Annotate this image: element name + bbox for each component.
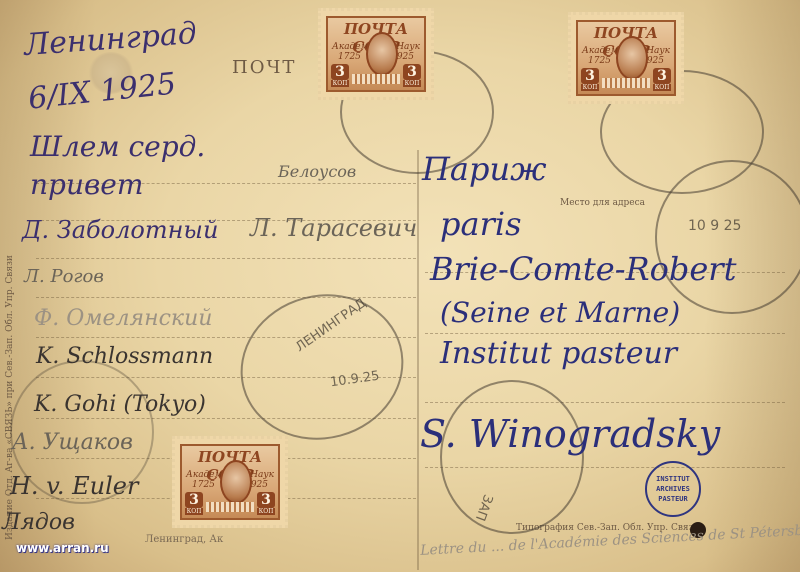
signature-lyadov: Лядов: [2, 510, 75, 535]
watermark: www.arran.ru: [16, 541, 109, 555]
address-label: Место для адреса: [560, 198, 645, 208]
message-place: Ленинград: [23, 16, 198, 63]
address-line-4: (Seine et Marne): [440, 296, 680, 329]
stamp-unit: КОП: [257, 508, 275, 515]
stamp-value: 3: [185, 492, 203, 508]
portrait-icon: [220, 460, 252, 504]
building-icon: [352, 74, 400, 84]
postmark-bottom: [440, 380, 584, 534]
leningrad-postmark: [224, 276, 420, 458]
building-icon: [602, 78, 650, 88]
archive-stamp-line: ARCHIVES: [647, 484, 699, 494]
message-date: 6/IX 1925: [27, 66, 178, 116]
stamp-academy-1: ПОЧТА СССР Академия Наук 1725 1925 3 3 К…: [318, 8, 434, 100]
portrait-icon: [616, 36, 648, 80]
stamp-value: 3: [653, 68, 671, 84]
archive-stamp-line: INSTITUT: [647, 474, 699, 484]
address-line-1: Париж: [422, 150, 546, 188]
bottom-left-caption: Ленинград, Ак: [145, 534, 223, 545]
stamp-unit: КОП: [581, 84, 599, 91]
archive-stamp: INSTITUT ARCHIVES PASTEUR: [645, 461, 701, 517]
address-line-5: Institut pasteur: [440, 336, 677, 371]
ruled-line: [36, 258, 416, 259]
stamp-year-left: 1725: [338, 52, 361, 62]
signature-zabolotny: Д. Заболотный: [22, 216, 218, 244]
stamp-value: 3: [331, 64, 349, 80]
stamp-year-left: 1725: [588, 56, 611, 66]
archive-stamp-line: PASTEUR: [647, 494, 699, 504]
stamp-value: 3: [403, 64, 421, 80]
postmark-right: [655, 160, 800, 314]
signature-ushakov: А. Ущаков: [12, 430, 133, 455]
address-line-6: S. Winogradsky: [420, 412, 720, 456]
printed-header: ПОЧТ: [232, 57, 296, 78]
signature-rogov: Л. Рогов: [24, 266, 104, 287]
stamp-unit: КОП: [403, 80, 421, 87]
signature-tarasevich: Л. Тарасевич: [250, 214, 417, 242]
signature-omelyansky: Ф. Омелянский: [34, 306, 212, 331]
stamp-title-right: Наук: [396, 42, 420, 52]
stamp-value: 3: [257, 492, 275, 508]
right-postmark-date: 10 9 25: [688, 218, 741, 234]
stamp-unit: КОП: [185, 508, 203, 515]
portrait-icon: [366, 32, 398, 76]
stamp-value: 3: [581, 68, 599, 84]
building-icon: [206, 502, 254, 512]
stamp-title-right: Наук: [250, 470, 274, 480]
stamp-year-left: 1725: [192, 480, 215, 490]
signature-gohi: K. Gohi (Tokyo): [34, 392, 206, 417]
center-divider: [417, 150, 419, 570]
greeting-line-1: Шлем серд.: [30, 130, 205, 163]
address-line-2: paris: [440, 205, 522, 243]
signature-euler: H. v. Euler: [10, 472, 138, 500]
stamp-unit: КОП: [653, 84, 671, 91]
postcard: ПОЧТ Место для адреса Типография Сев.-За…: [0, 0, 800, 572]
stamp-academy-3: ПОЧТА СССР Академия Наук 1725 1925 3 3 К…: [172, 436, 288, 528]
signature-schlossmann: K. Schlossmann: [36, 344, 213, 369]
greeting-line-2: привет: [30, 168, 143, 201]
stamp-title-right: Наук: [646, 46, 670, 56]
stamp-unit: КОП: [331, 80, 349, 87]
address-line-3: Brie-Comte-Robert: [430, 250, 736, 288]
signature-belousov: Белоусов: [278, 162, 356, 181]
stamp-academy-2: ПОЧТА СССР Академия Наук 1725 1925 3 3 К…: [568, 12, 684, 104]
ruled-line: [425, 333, 785, 334]
